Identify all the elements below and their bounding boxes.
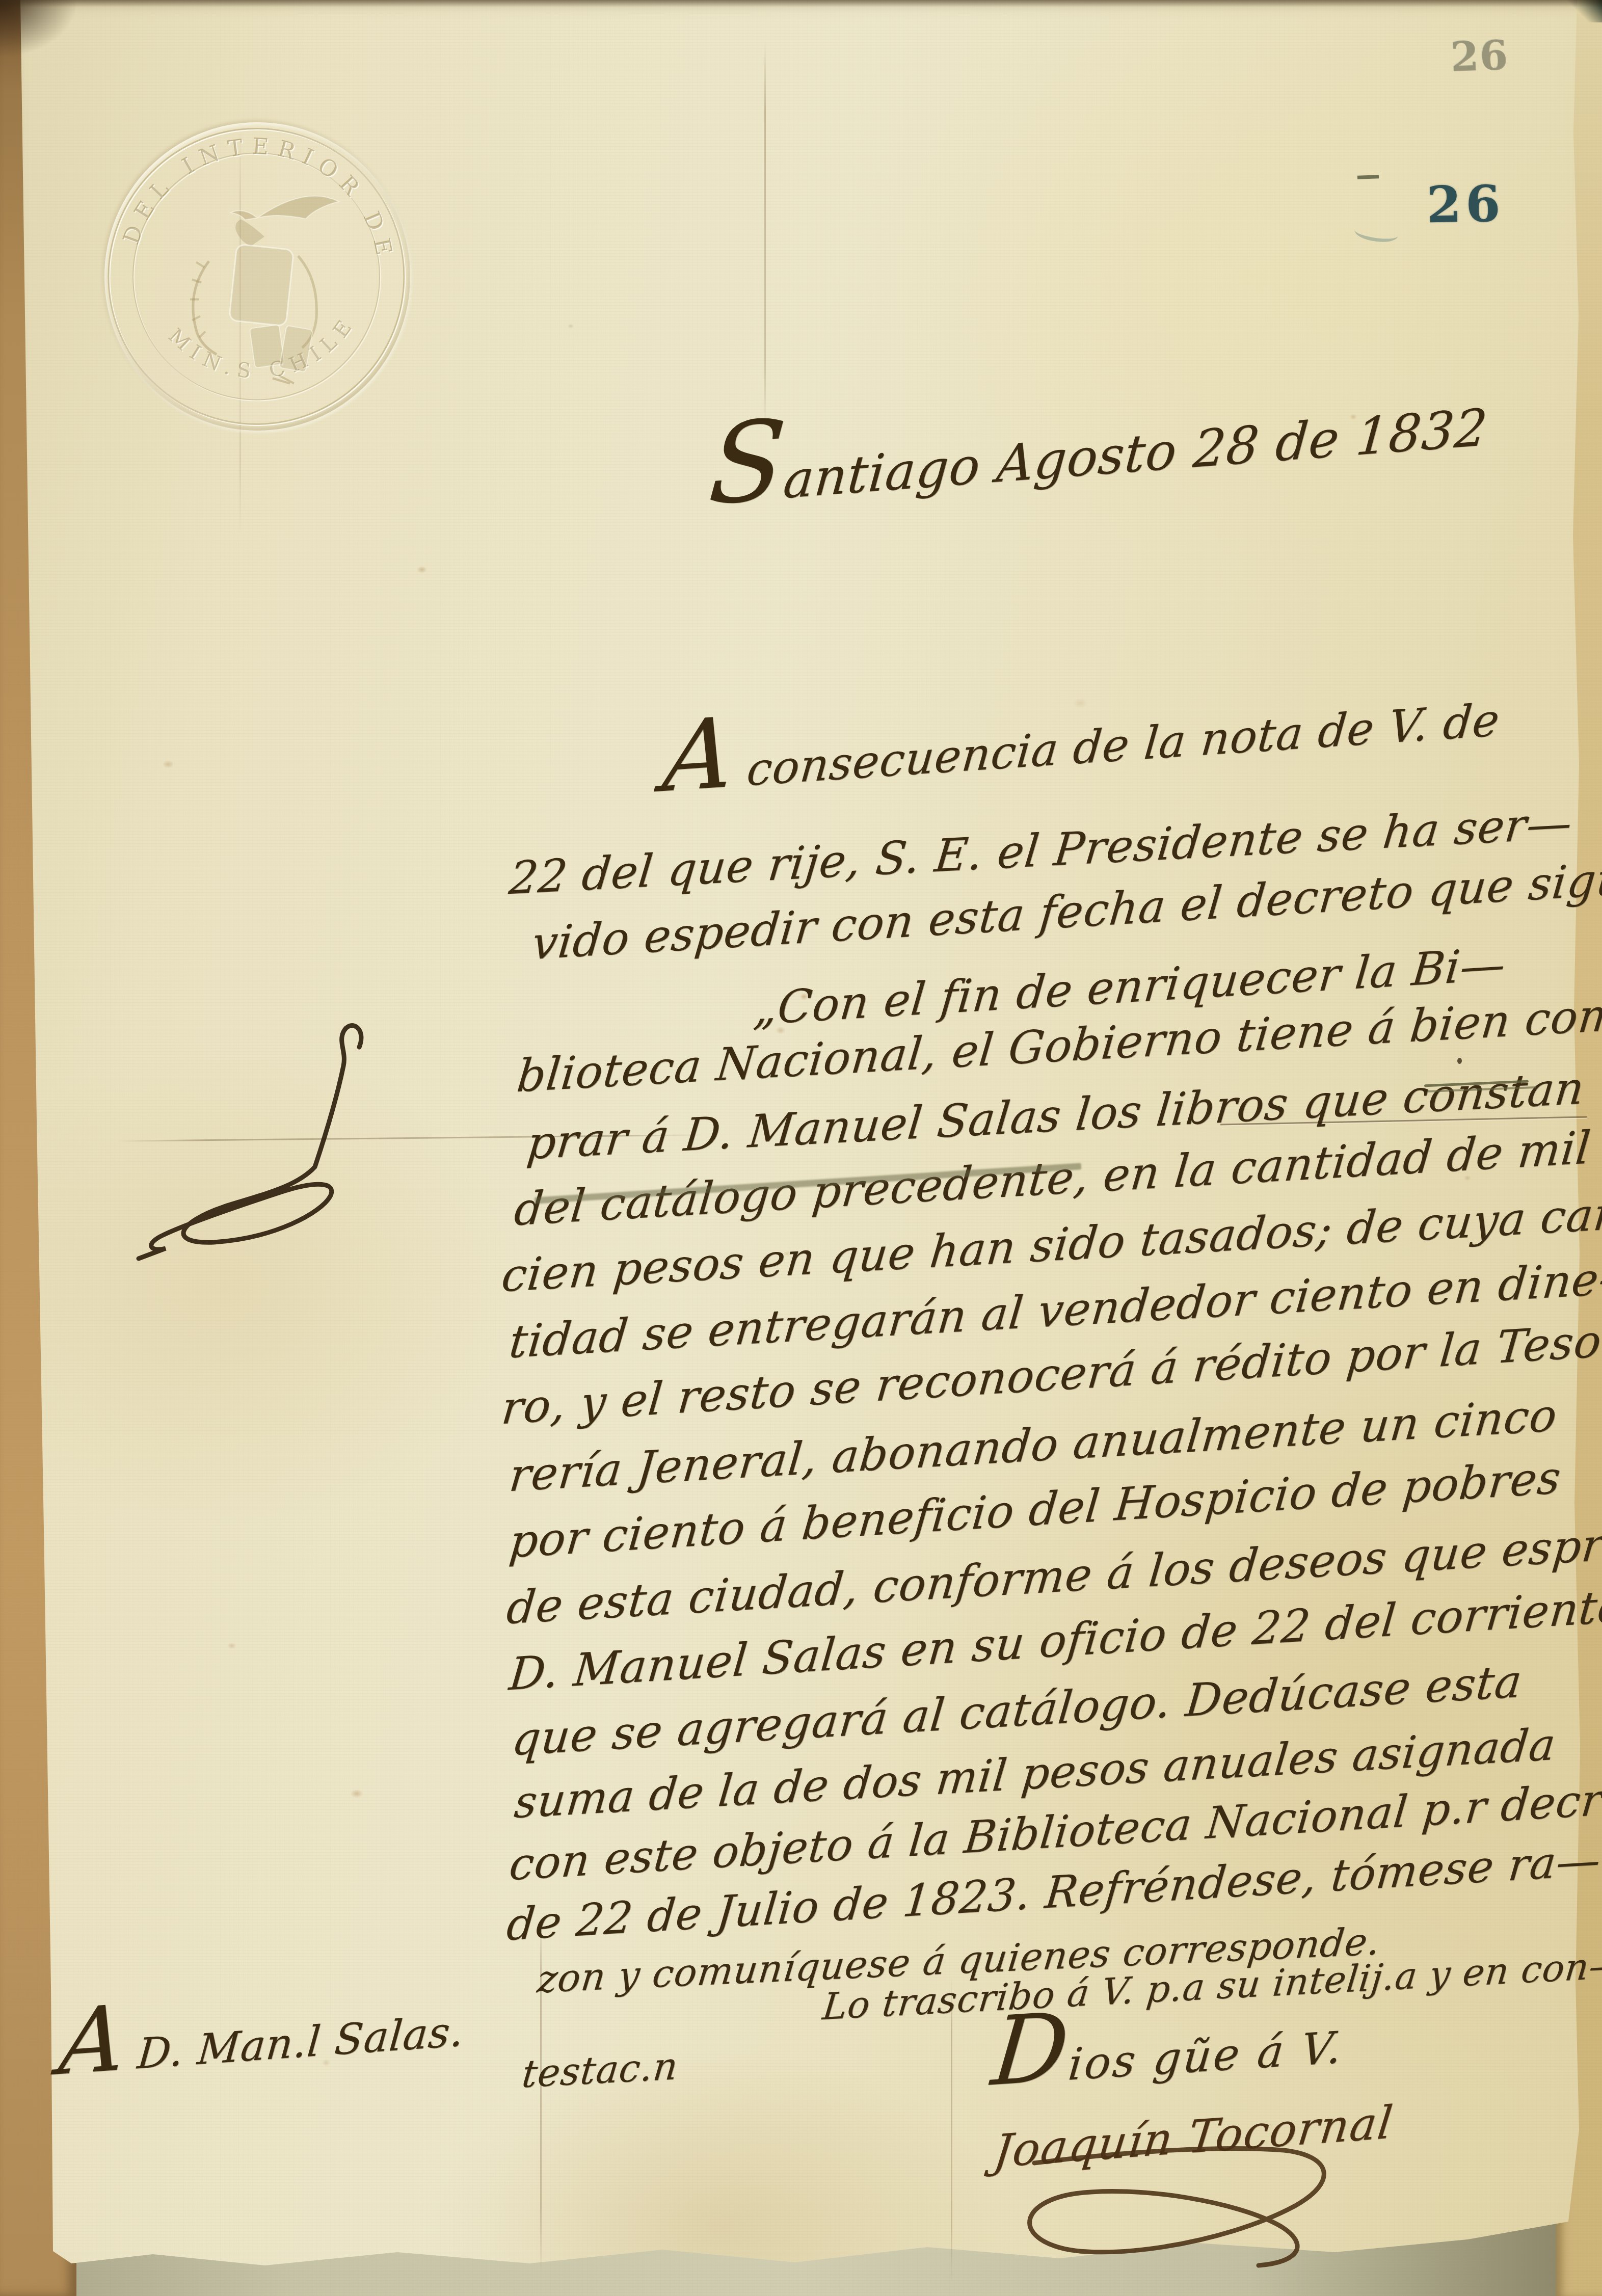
folio-stamp: 26 xyxy=(1426,175,1505,235)
embossed-seal: DEL INTERIOR DE DEL INTERIOR DE MIN.S CH… xyxy=(104,122,410,431)
seal-legend-top: DEL INTERIOR DE xyxy=(118,134,398,265)
seal-emblem-graphic: DEL INTERIOR DE DEL INTERIOR DE MIN.S CH… xyxy=(104,122,410,431)
folio-stamp-ghost: 26 xyxy=(1449,31,1509,81)
signature-rubric-flourish xyxy=(983,2140,1371,2283)
stamp-smudge-mark xyxy=(1357,175,1379,179)
margin-continuation-word: testac.n xyxy=(520,2044,680,2097)
svg-text:DEL INTERIOR DE: DEL INTERIOR DE xyxy=(118,134,398,265)
paper-crease xyxy=(764,41,766,428)
margin-rubric-flourish xyxy=(127,1009,413,1264)
ink-dot xyxy=(1457,1058,1462,1064)
paper-crease xyxy=(951,1977,952,2283)
photo-corner-shadow xyxy=(0,0,76,56)
photo-edge-shadow xyxy=(0,0,1602,7)
manuscript-scan: DEL INTERIOR DE DEL INTERIOR DE MIN.S CH… xyxy=(0,0,1602,2296)
